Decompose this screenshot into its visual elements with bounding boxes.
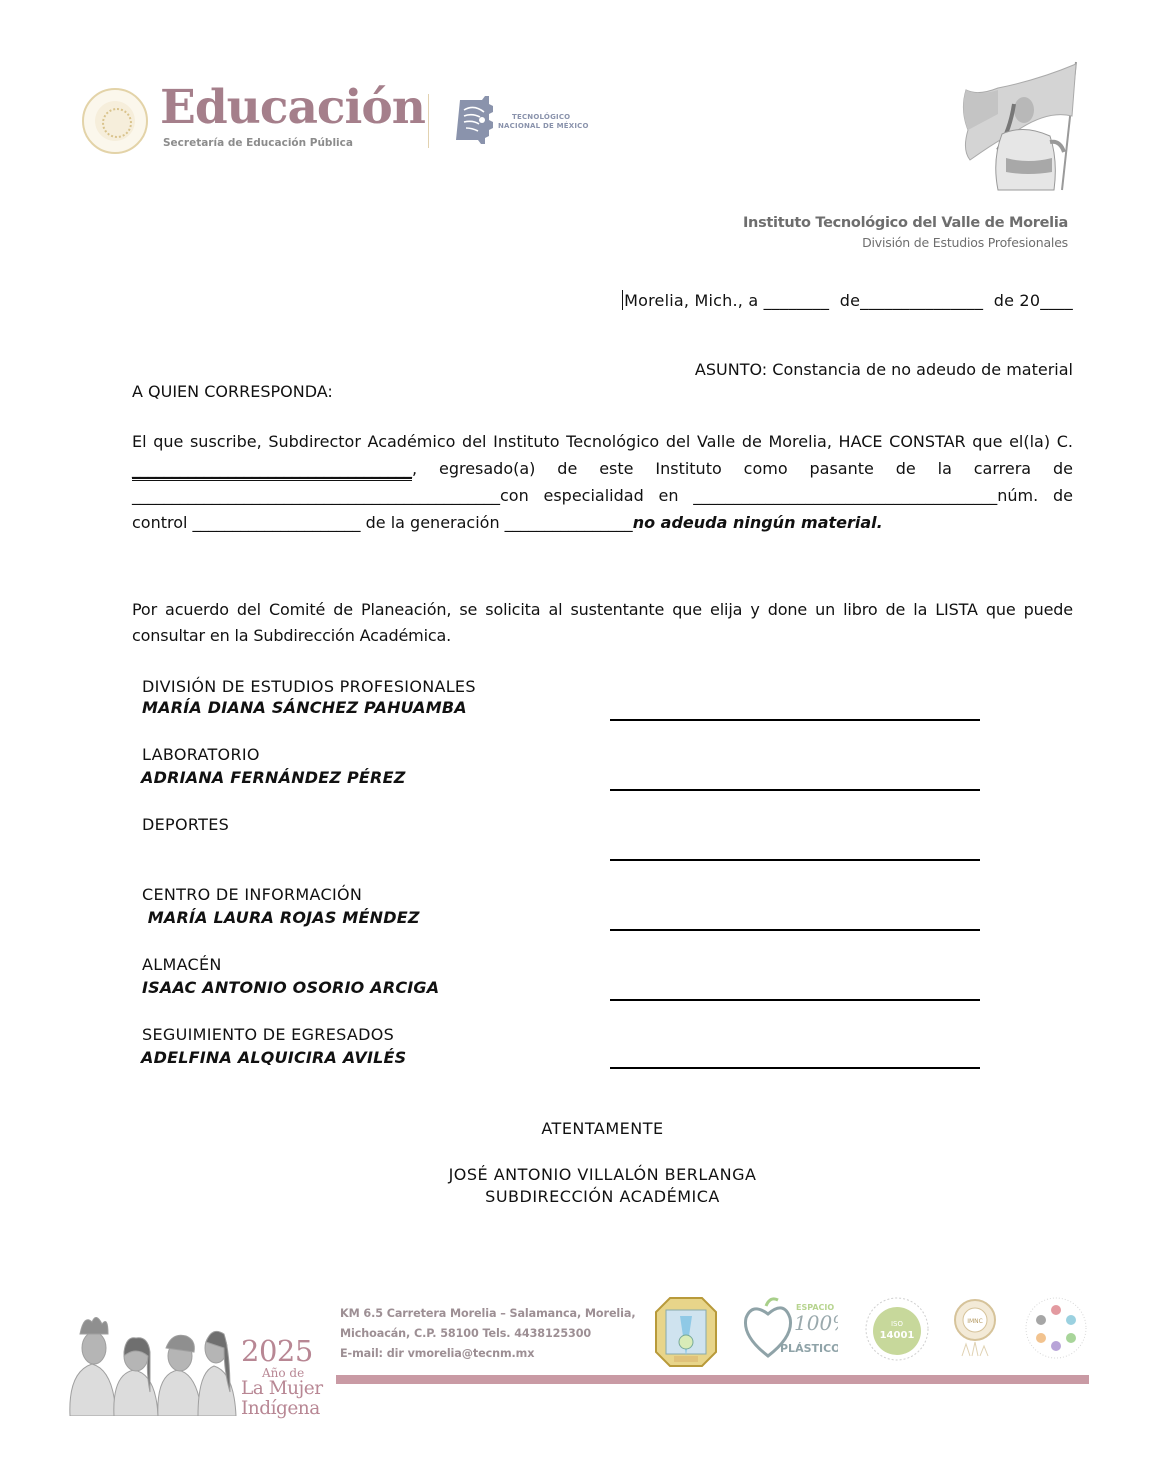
signature-name: MARÍA DIANA SÁNCHEZ PAHUAMBA <box>142 698 467 717</box>
no-debt-statement: no adeuda ningún material. <box>633 513 883 532</box>
signature-name: ADELFINA ALQUICIRA AVILÉS <box>141 1048 406 1067</box>
mexico-seal-icon <box>82 88 148 154</box>
date-line[interactable]: Morelia, Mich., a ________ de___________… <box>622 290 1073 310</box>
text-cursor <box>622 290 624 310</box>
signature-department: CENTRO DE INFORMACIÓN <box>142 885 362 904</box>
tecnm-text: TECNOLÓGICO NACIONAL DE MÉXICO <box>498 113 589 131</box>
woman-with-flag-illustration <box>958 60 1086 192</box>
signer-name: JOSÉ ANTONIO VILLALÓN BERLANGA <box>0 1165 1150 1184</box>
signature-department: LABORATORIO <box>142 745 260 764</box>
signature-line[interactable] <box>610 929 980 931</box>
svg-text:PLÁSTICO: PLÁSTICO <box>780 1342 838 1355</box>
certification-paragraph: El que suscribe, Subdirector Académico d… <box>132 428 1073 536</box>
signature-line[interactable] <box>610 859 980 861</box>
footer-address: KM 6.5 Carretera Morelia – Salamanca, Mo… <box>340 1304 636 1364</box>
signer-office: SUBDIRECCIÓN ACADÉMICA <box>0 1187 1150 1206</box>
indigenous-women-illustration <box>62 1312 238 1416</box>
signature-line[interactable] <box>610 789 980 791</box>
signature-department: ALMACÉN <box>142 955 222 974</box>
header-divider <box>428 94 429 148</box>
signature-name: ISAAC ANTONIO OSORIO ARCIGA <box>142 978 439 997</box>
svg-text:IMNC: IMNC <box>967 1318 983 1325</box>
year-2025: 2025 <box>241 1337 313 1366</box>
salutation: A QUIEN CORRESPONDA: <box>132 382 333 401</box>
libre-de-plastico-icon: ESPACIO 100% PLÁSTICO <box>740 1296 838 1362</box>
svg-text:14001: 14001 <box>880 1330 915 1341</box>
institute-division: División de Estudios Profesionales <box>862 235 1068 250</box>
imnc-energy-badge-icon: IMNC <box>950 1296 1000 1366</box>
committee-paragraph: Por acuerdo del Comité de Planeación, se… <box>132 597 1073 649</box>
signature-name: ADRIANA FERNÁNDEZ PÉREZ <box>141 768 406 787</box>
svg-text:100%: 100% <box>794 1311 838 1335</box>
subject-line: ASUNTO: Constancia de no adeudo de mater… <box>695 360 1073 379</box>
itvm-shield-icon <box>654 1296 718 1368</box>
svg-text:ISO: ISO <box>891 1320 904 1328</box>
signature-name: MARÍA LAURA ROJAS MÉNDEZ <box>142 908 420 927</box>
year-la-mujer-indigena: La Mujer Indígena <box>241 1379 323 1419</box>
signature-line[interactable] <box>610 1067 980 1069</box>
sep-subtitle: Secretaría de Educación Pública <box>163 137 353 149</box>
institute-name: Instituto Tecnológico del Valle de Morel… <box>743 215 1068 231</box>
educacion-logo-title: Educación <box>160 84 425 131</box>
signature-line[interactable] <box>610 999 980 1001</box>
signature-line[interactable] <box>610 719 980 721</box>
footer-email[interactable]: E-mail: dir vmorelia@tecnm.mx <box>340 1344 636 1364</box>
graduate-name-blank[interactable]: ___________________________________ <box>132 459 412 481</box>
signature-department: DEPORTES <box>142 815 229 834</box>
iso-14001-badge-icon: ISO 14001 <box>864 1296 930 1362</box>
signature-department: SEGUIMIENTO DE EGRESADOS <box>142 1025 394 1044</box>
footer-accent-bar <box>336 1375 1089 1384</box>
tecnm-gear-icon <box>456 94 494 148</box>
labor-equality-badge-icon <box>1024 1296 1088 1360</box>
valediction: ATENTAMENTE <box>0 1119 1150 1138</box>
signature-department: DIVISIÓN DE ESTUDIOS PROFESIONALES <box>142 677 476 696</box>
